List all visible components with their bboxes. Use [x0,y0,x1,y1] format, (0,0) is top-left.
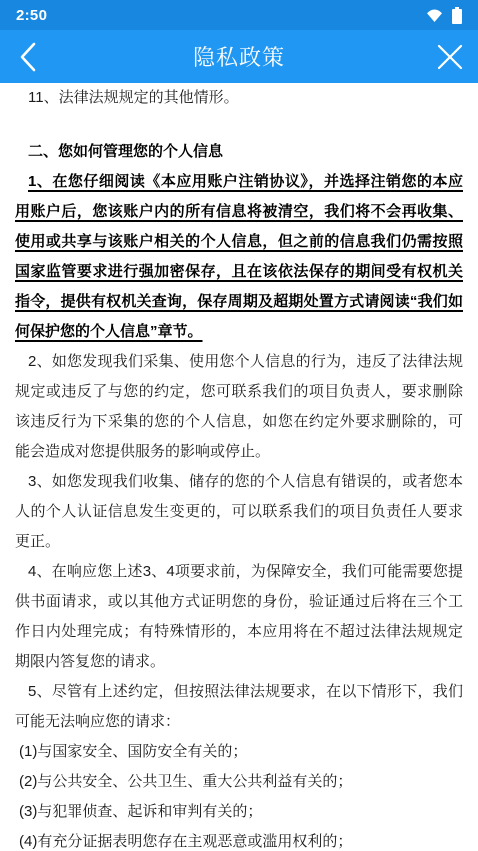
policy-paragraph: 5、尽管有上述约定，但按照法律法规要求，在以下情形下，我们可能无法响应您的请求： [15,677,463,737]
policy-scroll-area[interactable]: 11、法律法规规定的其他情形。 二、您如何管理您的个人信息 1、在您仔细阅读《本… [0,83,478,851]
status-time: 2:50 [16,7,47,24]
close-button[interactable] [422,30,478,83]
policy-list-item: (1)与国家安全、国防安全有关的； [15,737,463,767]
policy-paragraph: 4、在响应您上述3、4项要求前，为保障安全，我们可能需要您提供书面请求，或以其他… [15,557,463,677]
policy-paragraph: 3、如您发现我们收集、储存的您的个人信息有错误的，或者您本人的个人认证信息发生变… [15,467,463,557]
status-bar: 2:50 [0,0,478,30]
policy-paragraph: 2、如您发现我们采集、使用您个人信息的行为，违反了法律法规规定或违反了与您的约定… [15,347,463,467]
back-chevron-icon [19,41,37,73]
policy-list-item: (3)与犯罪侦查、起诉和审判有关的； [15,797,463,827]
policy-paragraph-emphasized: 1、在您仔细阅读《本应用账户注销协议》，并选择注销您的本应用账户后，您该账户内的… [15,167,463,347]
status-icons [426,7,462,24]
policy-list-item: (4)有充分证据表明您存在主观恶意或滥用权利的； [15,827,463,851]
battery-icon [452,7,462,24]
app-bar: 隐私政策 [0,30,478,83]
policy-paragraph: 11、法律法规规定的其他情形。 [15,83,463,113]
back-button[interactable] [0,30,56,83]
page-title: 隐私政策 [193,41,285,72]
policy-list-item: (2)与公共安全、公共卫生、重大公共利益有关的； [15,767,463,797]
wifi-icon [426,8,443,23]
privacy-policy-screen: 2:50 隐私政策 [0,0,478,851]
section-heading: 二、您如何管理您的个人信息 [15,137,463,167]
close-x-icon [436,43,464,71]
